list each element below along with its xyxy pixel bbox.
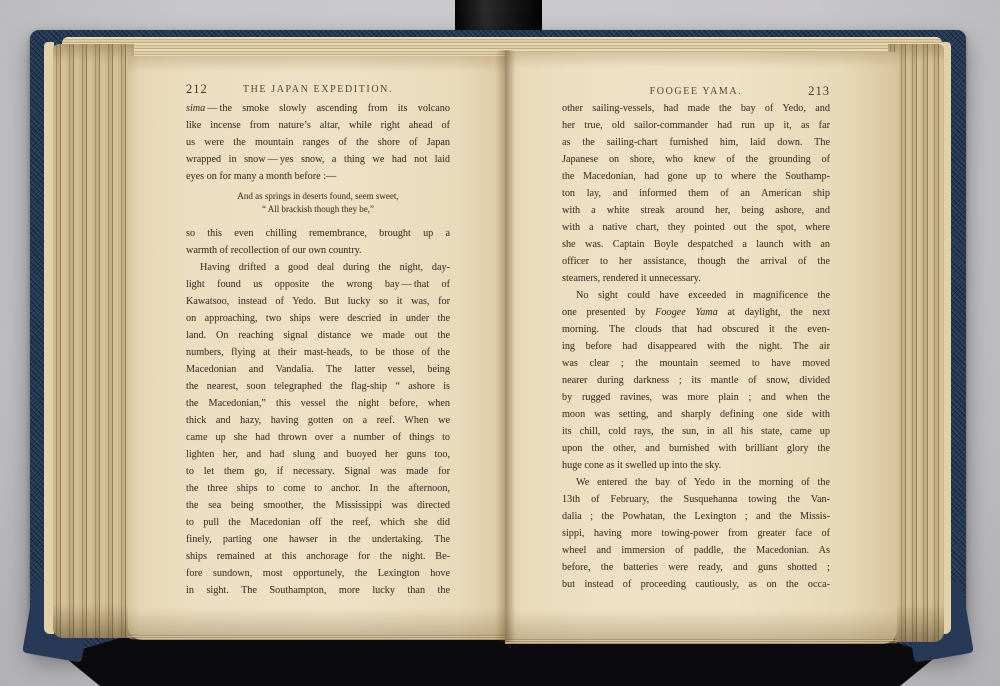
text-line: sippi, having more towing-power from gre… [562,525,830,542]
text-line: Having drifted a good deal during the ni… [186,259,450,276]
text-line: with a white streak around her, being as… [562,202,830,219]
right-page-header: FOOGEE YAMA. 213 [562,86,830,100]
italic-text: Foogee Yama [655,307,718,318]
right-running-header: FOOGEE YAMA. [562,86,830,97]
left-page-text: sima — the smoke slowly ascending from i… [186,100,450,599]
text-line: nearer during darkness ; its mantle of s… [562,372,830,389]
text-line: dalia ; the Powhatan, the Lexington ; an… [562,508,830,525]
text-line: And as springs in deserts found, seem sw… [186,190,450,203]
text-segment: at daylight, the next [718,307,830,318]
text-line: in sight. The Southampton, more lucky th… [186,582,450,599]
left-page-number: 212 [186,82,208,97]
text-line: morning. The clouds that had obscured it… [562,321,830,338]
book-gutter [495,50,515,642]
text-line: moon was setting, and sharply defining o… [562,406,830,423]
text-line: thick and hazy, having gotten on a reef.… [186,412,450,429]
text-line: sima — the smoke slowly ascending from i… [186,100,450,117]
text-line: land. On reaching signal distance we mad… [186,327,450,344]
text-line: her true, old sailor-commander had run u… [562,117,830,134]
text-line: the Macedonian, had gone up to where the… [562,168,830,185]
text-line: the Macedonian,” this vessel the night b… [186,395,450,412]
text-line: by rugged ravines, was more plain ; and … [562,389,830,406]
text-line: the nearest, soon telegraphed the flag-s… [186,378,450,395]
text-line: upon the other, and burnished with brill… [562,440,830,457]
text-line: huge cone as it swelled up into the sky. [562,457,830,474]
text-line: she was. Captain Boyle despatched a laun… [562,236,830,253]
text-line: wrapped in snow — yes snow, a thing we h… [186,151,450,168]
book-photo-scene: 212 THE JAPAN EXPEDITION. sima — the smo… [0,0,1000,686]
text-line: came up she had thrown over a number of … [186,429,450,446]
text-line: to let them go, if necessary. Signal was… [186,463,450,480]
text-line: so this even chilling remembrance, broug… [186,225,450,242]
text-line: finely, parting one hawser in the undert… [186,531,450,548]
text-line: light found us opposite the wrong bay — … [186,276,450,293]
text-line: one presented by Foogee Yama at daylight… [562,304,830,321]
text-line: fore sundown, most opportunely, the Lexi… [186,565,450,582]
text-line: ton lay, and informed them of an America… [562,185,830,202]
left-page-header: 212 THE JAPAN EXPEDITION. [186,84,450,98]
text-line: on approaching, two ships were descried … [186,310,450,327]
text-line: other sailing-vessels, had made the bay … [562,100,830,117]
text-line: eyes on for many a month before :— [186,168,450,185]
text-segment: — the smoke slowly ascending from its vo… [205,103,450,114]
text-line: Macedonian and Vandalia. The latter vess… [186,361,450,378]
text-line: but instead of proceeding cautiously, as… [562,576,830,593]
text-line: No sight could have exceeded in magnific… [562,287,830,304]
text-line: wheel and immersion of paddle, the Maced… [562,542,830,559]
text-line: like incense from nature’s altar, while … [186,117,450,134]
text-line: as the sailing-chart furnished him, laid… [562,134,830,151]
text-line: the three ships to come to anchor. In th… [186,480,450,497]
italic-text: sima [186,103,205,114]
text-line: “ All brackish though they be,” [186,203,450,216]
text-line: We entered the bay of Yedo in the mornin… [562,474,830,491]
right-page-text: other sailing-vessels, had made the bay … [562,100,830,593]
right-page-number: 213 [808,84,830,99]
left-page-edges [53,44,134,638]
text-line: Kawatsoo, instead of Yedo. But lucky so … [186,293,450,310]
text-line: numbers, flying at their mast-heads, to … [186,344,450,361]
text-line: ships remained at this anchorage for the… [186,548,450,565]
text-line: officer to her assistance, though the ar… [562,253,830,270]
text-line: with a native chart, they pointed out th… [562,219,830,236]
text-line: before, the batteries were ready, and gu… [562,559,830,576]
text-line: Japanese on shore, who knew of the groun… [562,151,830,168]
text-line: was clear ; the mountain seemed to have … [562,355,830,372]
text-line: lighten her, and had slung and buoyed he… [186,446,450,463]
text-line: ing before had disappeared with the nigh… [562,338,830,355]
text-line: us were the mountain ranges of the shore… [186,134,450,151]
text-line: warmth of recollection of our own countr… [186,242,450,259]
text-line: steamers, rendered it unnecessary. [562,270,830,287]
text-segment: one presented by [562,307,655,318]
text-line: to pull the Macedonian off the reef, whi… [186,514,450,531]
text-line: its chill, cold rays, the sun, in all hi… [562,423,830,440]
text-line: the sea being smoother, the Mississippi … [186,497,450,514]
left-running-header: THE JAPAN EXPEDITION. [186,84,450,95]
text-line: 13th of February, the Susquehanna towing… [562,491,830,508]
